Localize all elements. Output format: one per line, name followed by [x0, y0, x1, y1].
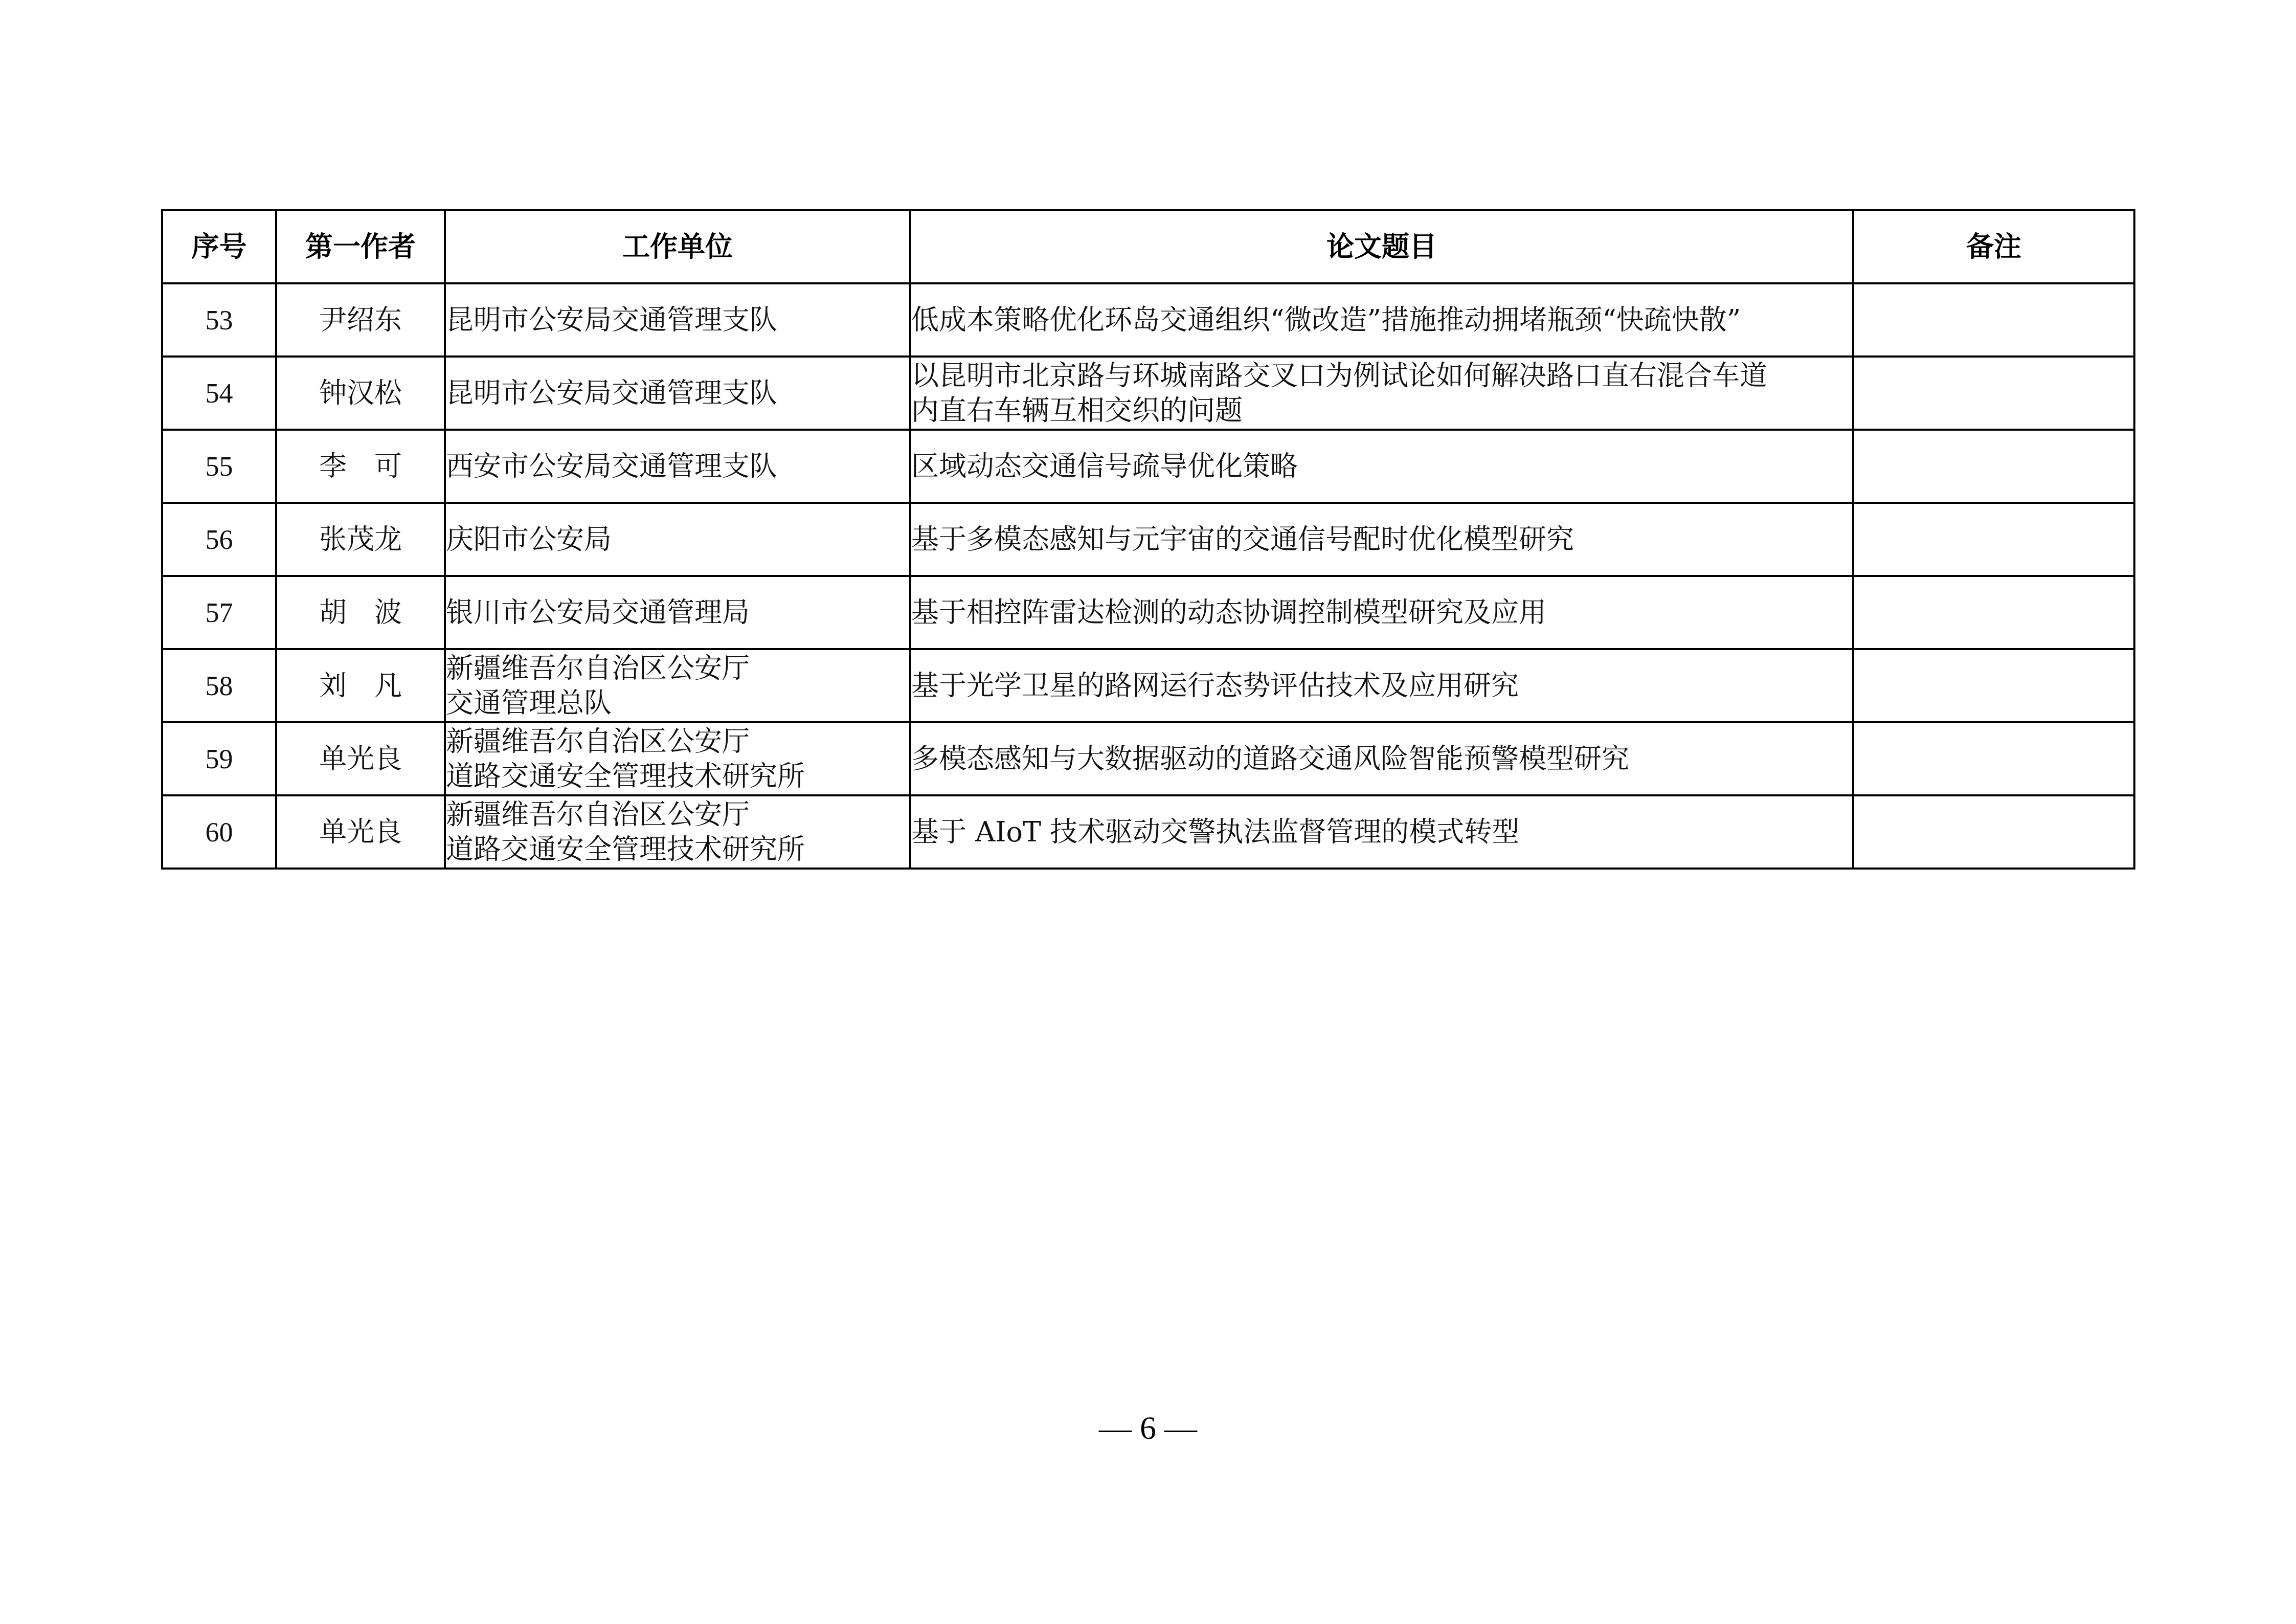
cell-work-unit: 新疆维吾尔自治区公安厅 道路交通安全管理技术研究所 — [445, 722, 910, 795]
cell-remark — [1853, 357, 2134, 430]
table-row: 59 单光良 新疆维吾尔自治区公安厅 道路交通安全管理技术研究所 多模态感知与大… — [162, 722, 2134, 795]
cell-serial-number: 57 — [162, 576, 276, 649]
cell-first-author: 单光良 — [276, 795, 445, 869]
cell-first-author: 张茂龙 — [276, 503, 445, 576]
paper-list-table: 序号 第一作者 工作单位 论文题目 备注 53 尹绍东 昆明市公安局交通管理支队… — [161, 209, 2135, 870]
cell-serial-number: 58 — [162, 649, 276, 722]
cell-serial-number: 60 — [162, 795, 276, 869]
paper-title-line: 低成本策略优化环岛交通组织“微改造”措施推动拥堵瓶颈“快疏快散” — [911, 303, 1852, 338]
cell-work-unit: 庆阳市公安局 — [445, 503, 910, 576]
paper-title-line: 区域动态交通信号疏导优化策略 — [911, 449, 1852, 484]
cell-paper-title: 基于相控阵雷达检测的动态协调控制模型研究及应用 — [910, 576, 1853, 649]
page-number: — 6 — — [0, 1407, 2296, 1450]
cell-paper-title: 基于多模态感知与元宇宙的交通信号配时优化模型研究 — [910, 503, 1853, 576]
work-unit-line: 昆明市公安局交通管理支队 — [446, 303, 909, 338]
cell-work-unit: 银川市公安局交通管理局 — [445, 576, 910, 649]
cell-paper-title: 基于光学卫星的路网运行态势评估技术及应用研究 — [910, 649, 1853, 722]
table-row: 58 刘 凡 新疆维吾尔自治区公安厅 交通管理总队 基于光学卫星的路网运行态势评… — [162, 649, 2134, 722]
paper-title-line: 基于相控阵雷达检测的动态协调控制模型研究及应用 — [911, 595, 1852, 630]
header-work-unit: 工作单位 — [445, 210, 910, 283]
work-unit-line: 新疆维吾尔自治区公安厅 — [446, 797, 909, 832]
table-row: 57 胡 波 银川市公安局交通管理局 基于相控阵雷达检测的动态协调控制模型研究及… — [162, 576, 2134, 649]
paper-title-line: 基于 AIoT 技术驱动交警执法监督管理的模式转型 — [911, 815, 1852, 850]
table-row: 56 张茂龙 庆阳市公安局 基于多模态感知与元宇宙的交通信号配时优化模型研究 — [162, 503, 2134, 576]
cell-remark — [1853, 649, 2134, 722]
paper-title-line: 基于光学卫星的路网运行态势评估技术及应用研究 — [911, 669, 1852, 703]
cell-paper-title: 低成本策略优化环岛交通组织“微改造”措施推动拥堵瓶颈“快疏快散” — [910, 283, 1853, 357]
cell-work-unit: 昆明市公安局交通管理支队 — [445, 283, 910, 357]
cell-first-author: 李 可 — [276, 430, 445, 503]
table-row: 60 单光良 新疆维吾尔自治区公安厅 道路交通安全管理技术研究所 基于 AIoT… — [162, 795, 2134, 869]
work-unit-line: 道路交通安全管理技术研究所 — [446, 832, 909, 867]
table-row: 54 钟汉松 昆明市公安局交通管理支队 以昆明市北京路与环城南路交叉口为例试论如… — [162, 357, 2134, 430]
cell-paper-title: 基于 AIoT 技术驱动交警执法监督管理的模式转型 — [910, 795, 1853, 869]
cell-first-author: 尹绍东 — [276, 283, 445, 357]
cell-work-unit: 新疆维吾尔自治区公安厅 交通管理总队 — [445, 649, 910, 722]
cell-remark — [1853, 795, 2134, 869]
table-header-row: 序号 第一作者 工作单位 论文题目 备注 — [162, 210, 2134, 283]
paper-title-line: 以昆明市北京路与环城南路交叉口为例试论如何解决路口直右混合车道 — [911, 359, 1852, 393]
header-paper-title: 论文题目 — [910, 210, 1853, 283]
cell-paper-title: 多模态感知与大数据驱动的道路交通风险智能预警模型研究 — [910, 722, 1853, 795]
table-row: 53 尹绍东 昆明市公安局交通管理支队 低成本策略优化环岛交通组织“微改造”措施… — [162, 283, 2134, 357]
work-unit-line: 新疆维吾尔自治区公安厅 — [446, 724, 909, 759]
work-unit-line: 道路交通安全管理技术研究所 — [446, 759, 909, 794]
cell-remark — [1853, 283, 2134, 357]
cell-work-unit: 西安市公安局交通管理支队 — [445, 430, 910, 503]
header-remark: 备注 — [1853, 210, 2134, 283]
cell-paper-title: 以昆明市北京路与环城南路交叉口为例试论如何解决路口直右混合车道 内直右车辆互相交… — [910, 357, 1853, 430]
header-first-author: 第一作者 — [276, 210, 445, 283]
cell-paper-title: 区域动态交通信号疏导优化策略 — [910, 430, 1853, 503]
cell-first-author: 钟汉松 — [276, 357, 445, 430]
cell-work-unit: 新疆维吾尔自治区公安厅 道路交通安全管理技术研究所 — [445, 795, 910, 869]
paper-title-line: 多模态感知与大数据驱动的道路交通风险智能预警模型研究 — [911, 742, 1852, 776]
work-unit-line: 交通管理总队 — [446, 686, 909, 721]
paper-title-line: 基于多模态感知与元宇宙的交通信号配时优化模型研究 — [911, 522, 1852, 557]
cell-work-unit: 昆明市公安局交通管理支队 — [445, 357, 910, 430]
work-unit-line: 昆明市公安局交通管理支队 — [446, 376, 909, 411]
cell-first-author: 刘 凡 — [276, 649, 445, 722]
cell-remark — [1853, 722, 2134, 795]
cell-serial-number: 56 — [162, 503, 276, 576]
work-unit-line: 新疆维吾尔自治区公安厅 — [446, 651, 909, 686]
cell-serial-number: 54 — [162, 357, 276, 430]
table-row: 55 李 可 西安市公安局交通管理支队 区域动态交通信号疏导优化策略 — [162, 430, 2134, 503]
cell-first-author: 单光良 — [276, 722, 445, 795]
work-unit-line: 西安市公安局交通管理支队 — [446, 449, 909, 484]
work-unit-line: 庆阳市公安局 — [446, 522, 909, 557]
work-unit-line: 银川市公安局交通管理局 — [446, 595, 909, 630]
paper-title-line: 内直右车辆互相交织的问题 — [911, 393, 1852, 428]
cell-serial-number: 59 — [162, 722, 276, 795]
header-serial-number: 序号 — [162, 210, 276, 283]
cell-serial-number: 55 — [162, 430, 276, 503]
cell-remark — [1853, 503, 2134, 576]
cell-serial-number: 53 — [162, 283, 276, 357]
cell-remark — [1853, 430, 2134, 503]
cell-first-author: 胡 波 — [276, 576, 445, 649]
document-page: 序号 第一作者 工作单位 论文题目 备注 53 尹绍东 昆明市公安局交通管理支队… — [0, 0, 2296, 1624]
cell-remark — [1853, 576, 2134, 649]
